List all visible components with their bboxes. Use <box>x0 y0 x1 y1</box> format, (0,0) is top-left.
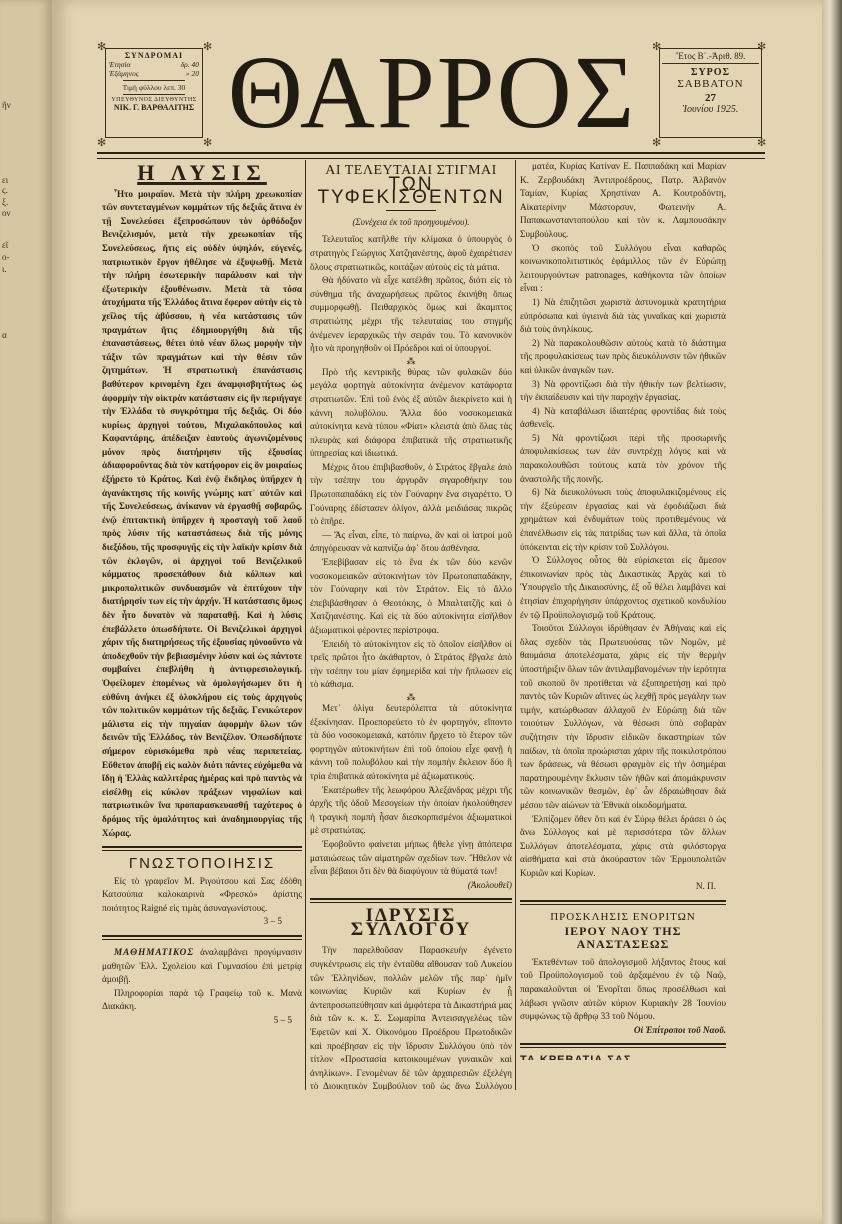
director-name: ΝΙΚ. Γ. ΒΑΡΘΑΛΙΤΗΣ <box>109 103 199 112</box>
date-day: 27 <box>662 92 759 104</box>
invitation-headline-bottom: ΙΕΡΟΥ ΝΑΟΥ ΤΗΣ ΑΝΑΣΤΑΣΕΩΣ <box>520 925 726 952</box>
article-headline-lysis: Η ΛΥΣΙΣ <box>102 166 302 180</box>
article-paragraph: Θὰ ἠδύνατο νὰ εἶχε κατέλθη πρῶτος, διότι… <box>310 274 512 356</box>
prev-page-text: ς. <box>2 185 8 195</box>
subscriptions-heading: ΣΥΝΔΡΟΜΑΙ <box>109 51 199 60</box>
list-item: 3) Νὰ φροντίζωσι διὰ τὴν ἠθικὴν των βελτ… <box>520 378 726 405</box>
math-ad-title: ΜΑΘΗΜΑΤΙΚΟΣ <box>114 947 194 957</box>
ornament-icon: ✻ <box>203 136 212 149</box>
article-paragraph: Μετ᾿ ὀλίγα δευτερόλεπτα τὰ αὐτοκίνητα ἐξ… <box>310 702 512 784</box>
list-item: 6) Νὰ διευκολύνωσι τοὺς ἀποφυλακιζομένου… <box>520 486 726 554</box>
asterism-icon: ⁂ <box>310 692 512 702</box>
article-paragraph: Ἐπειδὴ τὸ αὐτοκίνητον εἰς τὸ ὁποῖον εἰσῆ… <box>310 638 512 692</box>
article-paragraph: ματέα, Κυρίας Κατίναν Ε. Παππαδάκη καὶ Μ… <box>520 160 726 242</box>
book-binding-edge <box>822 0 842 1224</box>
divider <box>386 210 436 211</box>
column-rule <box>305 160 306 1090</box>
list-item: 1) Νὰ ἐπιζητῶσι χωριστὰ ἀστυνομικὰ κρατη… <box>520 296 726 337</box>
yearly-label: Ἐτησία <box>109 60 130 69</box>
article-paragraph: Ὁ Σύλλογος οὗτος θὰ εὑρίσκεται εἰς ἄμεσο… <box>520 554 726 622</box>
prev-page-text: ει <box>2 175 8 185</box>
masthead: ✻ ✻ ✻ ✻ ΣΥΝΔΡΟΜΑΙ Ἐτησία δρ. 40 Ἑξάμηνος… <box>97 40 762 152</box>
society-headline: ΙΔΡΥΣΙΣ ΣΥΛΛΟΓΟΥ <box>310 909 512 936</box>
list-item: 5) Νὰ φροντίζωσι περὶ τῆς προσωρινῆς ἀπο… <box>520 432 726 486</box>
asterism-icon: ⁂ <box>310 356 512 366</box>
notice-text: Εἰς τὸ γραφεῖον Μ. Ριγούτσου καὶ Σας ἐδό… <box>102 875 302 916</box>
notice-headline: ΓΝΩΣΤΟΠΟΙΗΣΙΣ <box>102 857 302 871</box>
prev-page-text: ον <box>2 208 11 218</box>
ornament-icon: ✻ <box>203 40 212 53</box>
weekday: ΣΑΒΒΑΤΟΝ <box>662 78 759 90</box>
article-headline-bottom: ΤΩΝ ΤΥΦΕΚΙΣΘΕΝΤΩΝ <box>310 178 512 205</box>
prev-page-text: ι. <box>2 264 7 274</box>
signature: Ν. Π. <box>520 880 726 894</box>
section-rule <box>102 935 302 940</box>
section-rule <box>102 846 302 851</box>
yearly-price-row: Ἐτησία δρ. 40 <box>109 60 199 69</box>
article-paragraph: Μέχρις ὅτου ἐπιβιβασθοῦν, ὁ Στράτος ἔβγα… <box>310 461 512 529</box>
article-paragraph: Ἐπεβίβασαν εἰς τὸ ἕνα ἐκ τῶν δύο κενῶν ν… <box>310 556 512 638</box>
prev-page-text: α <box>2 330 7 340</box>
article-paragraph: Ἑκατέρωθεν τῆς λεωφόρου Ἀλεξάνδρας μέχρι… <box>310 784 512 838</box>
society-text: Τὴν παρελθοῦσαν Παρασκευὴν ἐγένετο συγκέ… <box>310 944 512 1090</box>
notice-run: 3 – 5 <box>102 915 302 929</box>
follows-note: (Ἀκολουθεῖ) <box>310 879 512 893</box>
column-2: ΑΙ ΤΕΛΕΥΤΑΙΑΙ ΣΤΙΓΜΑΙ ΤΩΝ ΤΥΦΕΚΙΣΘΕΝΤΩΝ … <box>310 160 512 1090</box>
prev-page-text: ξ. <box>2 197 8 207</box>
invitation-text: Ἐκτεθέντων τοῦ ἀπολογισμοῦ λήξαντος ἔτου… <box>520 956 726 1024</box>
column-1: Η ΛΥΣΙΣ Ἦτο μοιραῖον. Μετὰ τὴν πλήρη χρε… <box>102 160 302 1090</box>
prev-page-text: ο- <box>2 252 10 262</box>
newspaper-page: ✻ ✻ ✻ ✻ ΣΥΝΔΡΟΜΑΙ Ἐτησία δρ. 40 Ἑξάμηνος… <box>52 0 822 1224</box>
section-rule <box>520 900 726 905</box>
math-ad-info: Πληροφορίαι παρὰ τῷ Γραφείῳ τοῦ κ. Μανὰ … <box>102 987 302 1014</box>
article-paragraph: Ἐλπίζομεν ὅθεν ὅτι καὶ ἐν Σύρῳ θέλει δρά… <box>520 813 726 881</box>
bed-advertisement: ΤΑ ΚΡΕΒΑΤΙΑ ΣΑΣ Στὸ "ΚΑΛΛΙΤΕΧΝΙΚΟΝ„ Δ. Β… <box>520 1054 726 1060</box>
invitation-signature: Οἱ Ἐπίτροποι τοῦ Ναοῦ. <box>520 1024 726 1038</box>
math-ad-run: 5 – 5 <box>102 1014 302 1028</box>
prev-page-text: ῆν <box>2 100 11 110</box>
divider <box>123 80 185 81</box>
date-month-year: Ἰουνίου 1925. <box>662 104 759 115</box>
section-rule <box>310 898 512 903</box>
previous-page-edge: ῆν ει ς. ξ. ον εῖ ο- ι. α <box>0 0 54 1224</box>
year-issue-number: Ἔτος Β΄.-Ἀριθ. 89. <box>662 51 759 64</box>
half-year-price: » 20 <box>186 69 199 78</box>
continued-note: (Συνέχεια ἐκ τοῦ προηγουμένου). <box>310 216 512 230</box>
article-paragraph: Ἐφοβοῦντο φαίνεται μήπως ἤθελε γίνῃ ἀπόπ… <box>310 838 512 879</box>
prev-page-text: εῖ <box>2 240 8 250</box>
bed-ad-line1: ΤΑ ΚΡΕΒΑΤΙΑ ΣΑΣ <box>520 1054 726 1060</box>
single-copy-price: Τιμὴ φύλλου λεπ. 30 <box>109 83 199 92</box>
newspaper-title: ΘΑΡΡΟΣ <box>222 38 642 148</box>
divider <box>123 94 185 95</box>
city: ΣΥΡΟΣ <box>662 67 759 78</box>
article-paragraph: Ὁ σκοπὸς τοῦ Συλλόγου εἶναι καθαρῶς κοιν… <box>520 242 726 296</box>
article-paragraph: Τελευταῖος κατῆλθε τὴν κλίμακα ὁ ὑπουργὸ… <box>310 233 512 274</box>
article-paragraph: Πρὸ τῆς κεντρικῆς θύρας τῶν φυλακῶν δύο … <box>310 366 512 461</box>
yearly-price: δρ. 40 <box>181 60 199 69</box>
column-3: ματέα, Κυρίας Κατίναν Ε. Παππαδάκη καὶ Μ… <box>520 160 726 1060</box>
half-year-price-row: Ἑξάμηνος » 20 <box>109 69 199 78</box>
subscriptions-box: ΣΥΝΔΡΟΜΑΙ Ἐτησία δρ. 40 Ἑξάμηνος » 20 Τι… <box>105 48 203 138</box>
article-paragraph: — Ἄς εἶναι, εἶπε, τὸ παίρνω, ἂν καὶ οἱ ἰ… <box>310 529 512 556</box>
issue-info-box: Ἔτος Β΄.-Ἀριθ. 89. ΣΥΡΟΣ ΣΑΒΒΑΤΟΝ 27 Ἰου… <box>659 48 762 138</box>
article-body: Ἦτο μοιραῖον. Μετὰ τὴν πλήρη χρεωκοπίαν … <box>102 188 302 841</box>
list-item: 4) Νὰ καταβάλωσι ἰδιαιτέρας φροντίδας δι… <box>520 405 726 432</box>
masthead-rule <box>97 152 765 159</box>
article-paragraph: Τοιοῦτοι Σύλλογοι ἱδρύθησαν ἐν Ἀθήναις κ… <box>520 622 726 812</box>
invitation-headline-top: ΠΡΟΣΚΛΗΣΙΣ ΕΝΟΡΙΤΩΝ <box>520 911 726 925</box>
half-year-label: Ἑξάμηνος <box>109 69 139 78</box>
column-rule <box>515 160 516 1090</box>
section-rule <box>520 1043 726 1048</box>
list-item: 2) Νὰ παρακολουθῶσιν αὐτοὺς κατὰ τὸ διάσ… <box>520 337 726 378</box>
